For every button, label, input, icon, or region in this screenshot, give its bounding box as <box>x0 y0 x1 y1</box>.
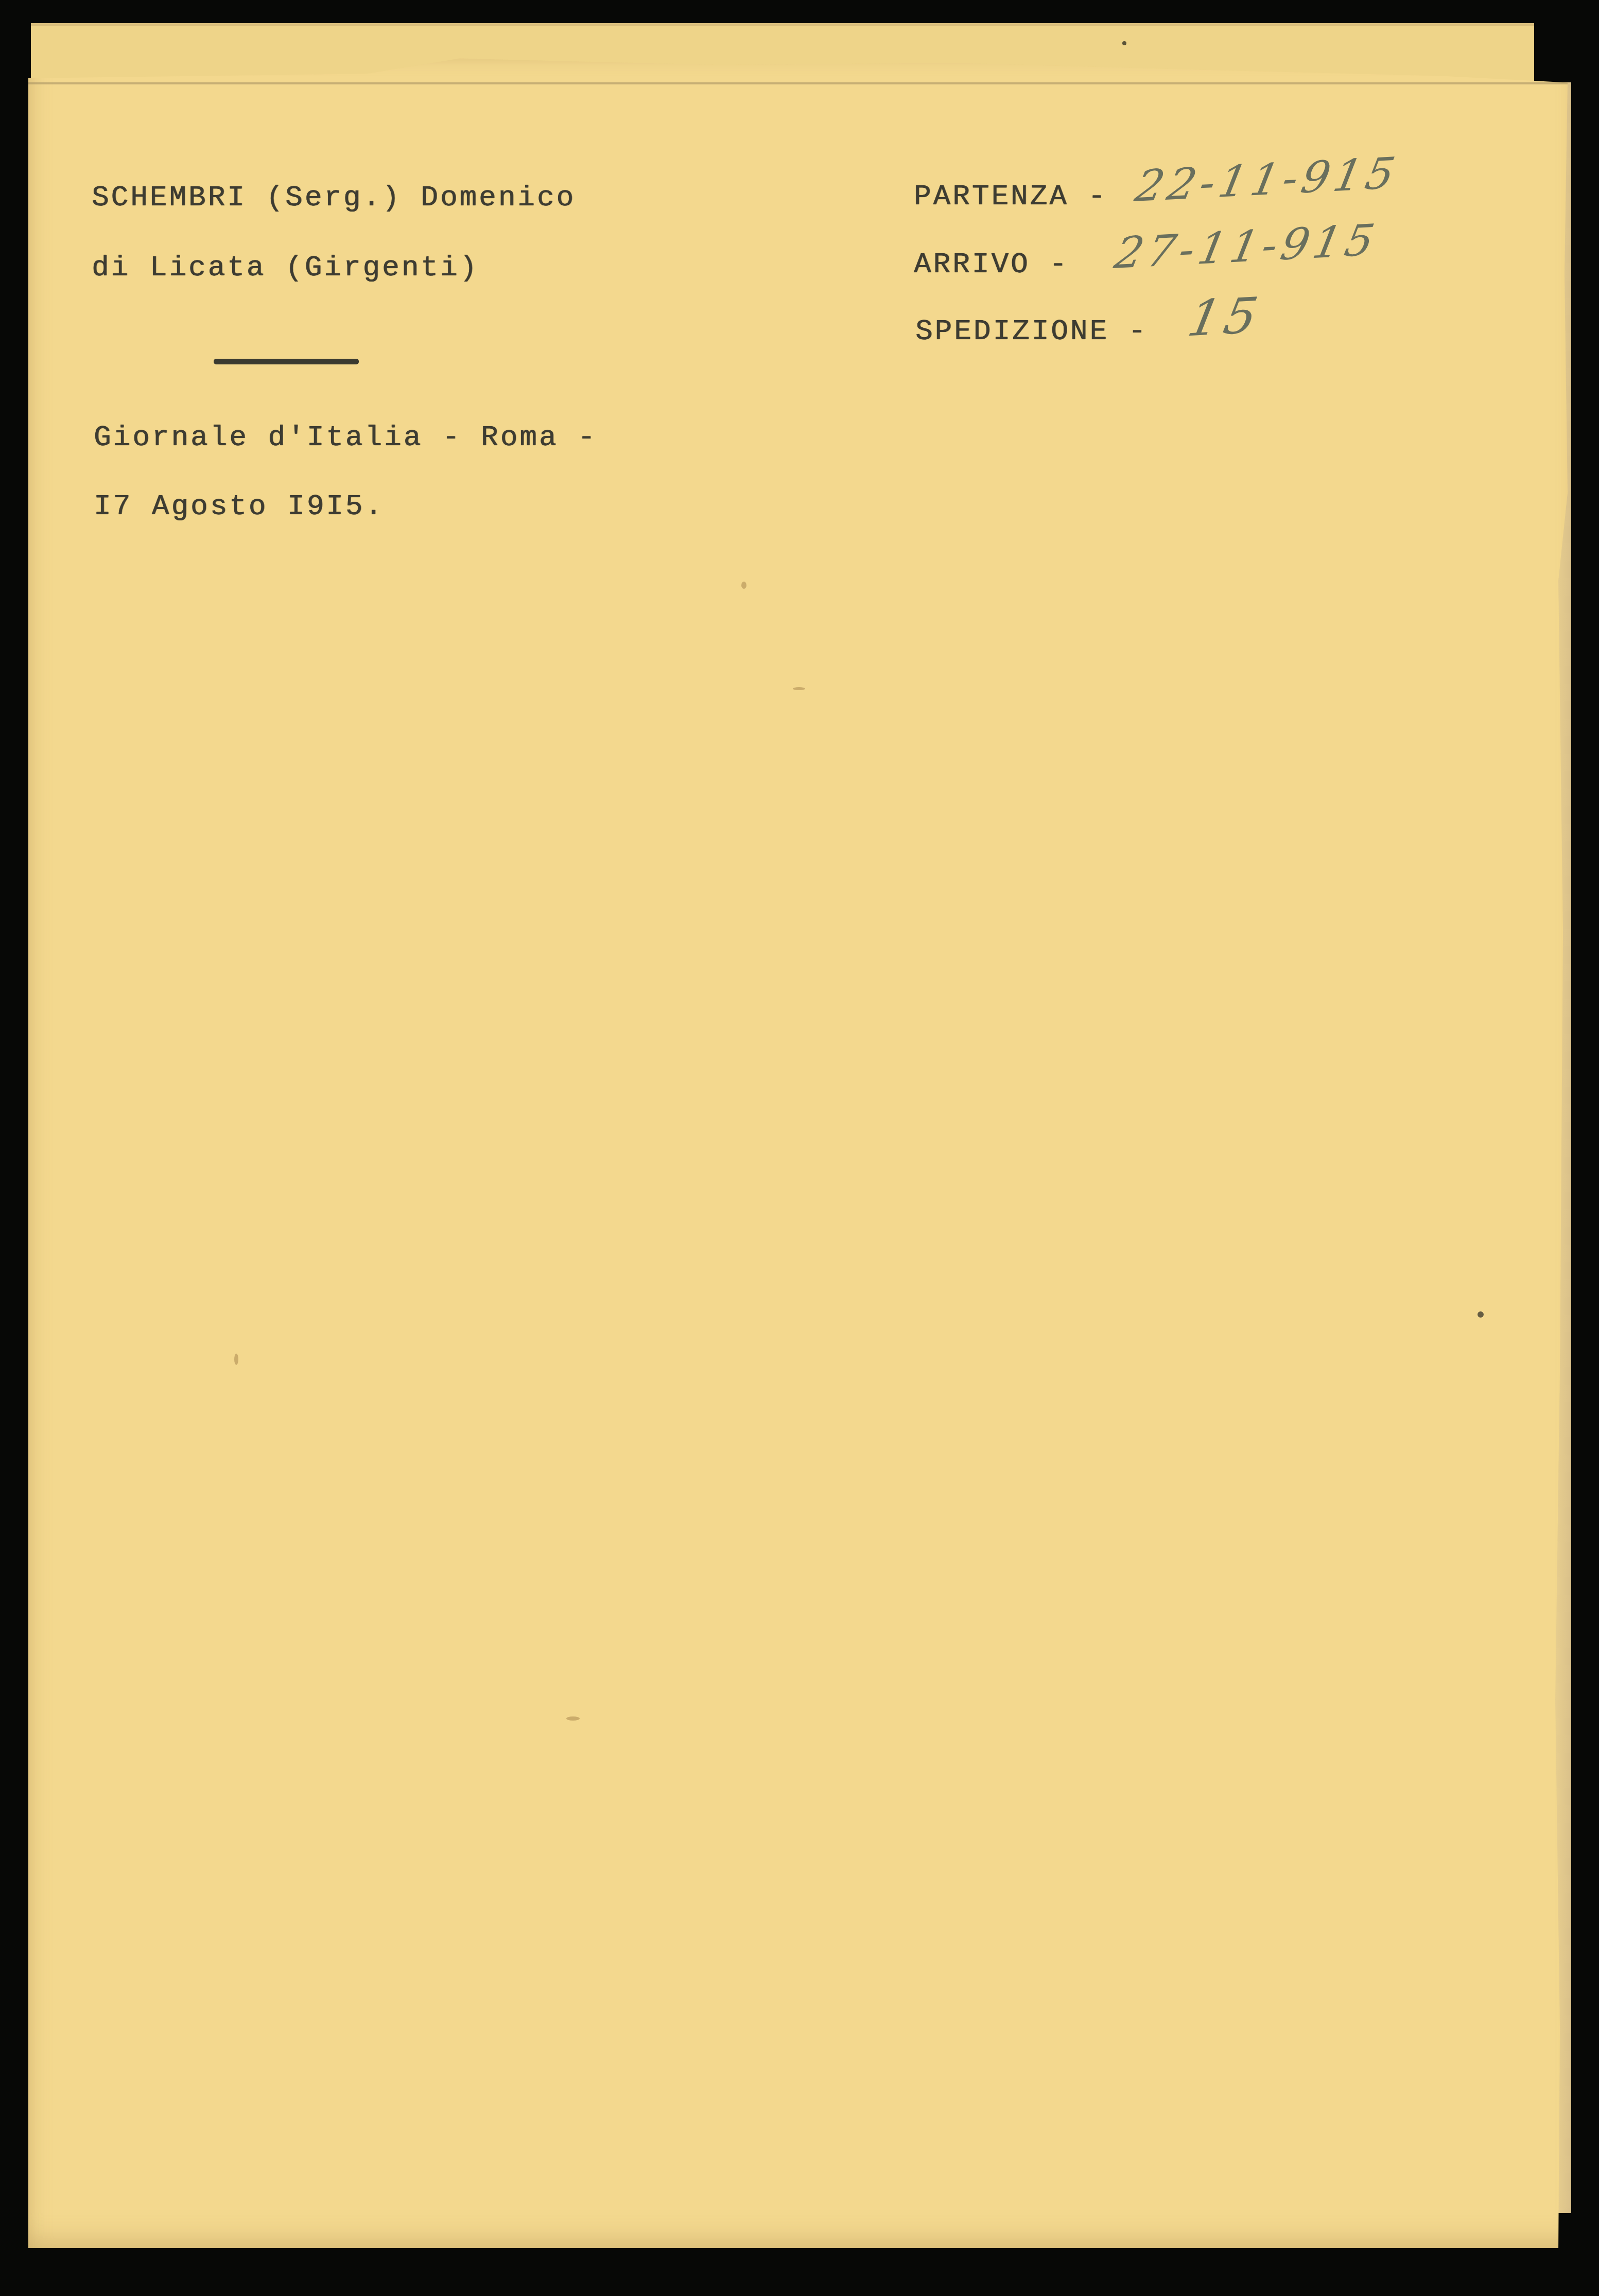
document-card <box>28 54 1568 2248</box>
fold-line <box>28 82 1568 84</box>
field-value-spedizione: 15 <box>1183 286 1266 347</box>
field-label-partenza: PARTENZA - <box>914 180 1107 213</box>
paper-speck <box>1478 1311 1484 1318</box>
paper-speck <box>234 1354 238 1365</box>
paper-speck <box>566 1716 580 1721</box>
field-label-spedizione: SPEDIZIONE - <box>915 315 1148 348</box>
paper-speck <box>793 687 805 690</box>
source-publication: Giornale d'Italia - Roma - <box>94 421 597 454</box>
separator-rule <box>214 359 359 364</box>
person-origin: di Licata (Girgenti) <box>92 251 479 284</box>
paper-speck <box>1122 41 1126 45</box>
source-date: I7 Agosto I9I5. <box>94 490 384 523</box>
field-label-arrivo: ARRIVO - <box>914 248 1069 281</box>
paper-speck <box>741 582 746 589</box>
person-name: SCHEMBRI (Serg.) Domenico <box>92 181 576 214</box>
